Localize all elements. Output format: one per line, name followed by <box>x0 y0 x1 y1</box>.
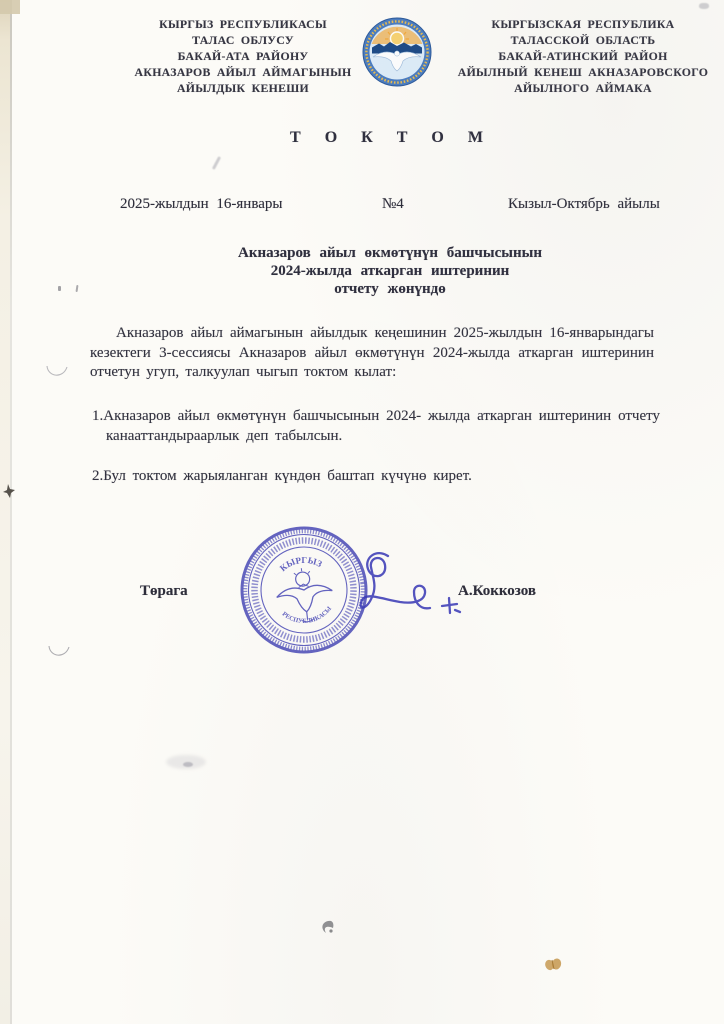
letterhead-line: БАКАЙ-АТА РАЙОНУ <box>100 48 386 64</box>
letterhead-line: БАКАЙ-АТИНСКИЙ РАЙОН <box>440 48 724 64</box>
letterhead-kyrgyz: КЫРГЫЗ РЕСПУБЛИКАСЫ ТАЛАС ОБЛУСУ БАКАЙ-А… <box>100 16 386 96</box>
signer-name: А.Коккозов <box>458 583 536 600</box>
pencil-smudge <box>183 762 193 767</box>
letterhead-line: АКНАЗАРОВ АЙЫЛ АЙМАГЫНЫН <box>100 64 386 80</box>
letterhead-line: АЙЫЛНЫЙ КЕНЕШ АКНАЗАРОВСКОГО <box>440 64 724 80</box>
body-paragraph: Акназаров айыл аймагынын айылдык кеңешин… <box>90 324 654 383</box>
scan-speck <box>699 3 709 9</box>
resolution-text: Акназаров айыл өкмөтүнүн башчысынын 2024… <box>103 408 660 444</box>
resolution-text: Бул токтом жарыяланган күндөн баштап күч… <box>103 468 472 484</box>
letterhead-line: АЙЫЛНОГО АЙМАКА <box>440 80 724 96</box>
pen-mark-arc <box>44 362 70 384</box>
pen-mark <box>212 156 221 170</box>
subject-line: Акназаров айыл өкмөтүнүн башчысынын <box>28 244 724 262</box>
ink-speck <box>58 286 61 291</box>
signer-role: Төрага <box>140 583 188 600</box>
document-date: 2025-жылдын 16-январы <box>120 196 282 213</box>
letterhead-line: КЫРГЫЗСКАЯ РЕСПУБЛИКА <box>440 16 724 32</box>
scan-left-edge <box>0 0 10 1024</box>
scanned-decree-page: КЫРГЫЗ РЕСПУБЛИКАСЫ ТАЛАС ОБЛУСУ БАКАЙ-А… <box>0 0 724 1024</box>
ink-speck <box>2 483 16 499</box>
paper-stain <box>544 957 563 972</box>
letterhead-russian: КЫРГЫЗСКАЯ РЕСПУБЛИКА ТАЛАССКОЙ ОБЛАСТЬ … <box>440 16 724 96</box>
resolution-list: 1.Акназаров айыл өкмөтүнүн башчысынын 20… <box>92 407 660 487</box>
subject-heading: Акназаров айыл өкмөтүнүн башчысынын 2024… <box>28 244 724 298</box>
pen-mark-arc <box>46 642 72 664</box>
resolution-number: 1. <box>92 408 103 424</box>
resolution-item: 2.Бул токтом жарыяланган күндөн баштап к… <box>92 467 660 487</box>
scan-corner-artifact <box>0 0 20 14</box>
letterhead-line: АЙЫЛДЫК КЕНЕШИ <box>100 80 386 96</box>
subject-line: 2024-жылда аткарган иштеринин <box>28 262 724 280</box>
letterhead-line: ТАЛАССКОЙ ОБЛАСТЬ <box>440 32 724 48</box>
document-number: №4 <box>382 196 404 213</box>
stamp-text-top: КЫРГЫЗ <box>277 552 325 574</box>
document-title: Т О К Т О М <box>28 129 724 147</box>
document-place: Кызыл-Октябрь айылы <box>508 196 660 213</box>
subject-line: отчету жөнүндө <box>28 280 724 298</box>
letterhead-line: ТАЛАС ОБЛУСУ <box>100 32 386 48</box>
resolution-number: 2. <box>92 468 103 484</box>
resolution-item: 1.Акназаров айыл өкмөтүнүн башчысынын 20… <box>92 407 660 446</box>
scan-left-edge-line <box>10 0 12 1024</box>
ink-speck <box>320 920 336 935</box>
letterhead-line: КЫРГЫЗ РЕСПУБЛИКАСЫ <box>100 16 386 32</box>
kyrgyz-national-emblem-icon <box>362 17 432 87</box>
svg-text:КЫРГЫЗ: КЫРГЫЗ <box>277 552 325 574</box>
